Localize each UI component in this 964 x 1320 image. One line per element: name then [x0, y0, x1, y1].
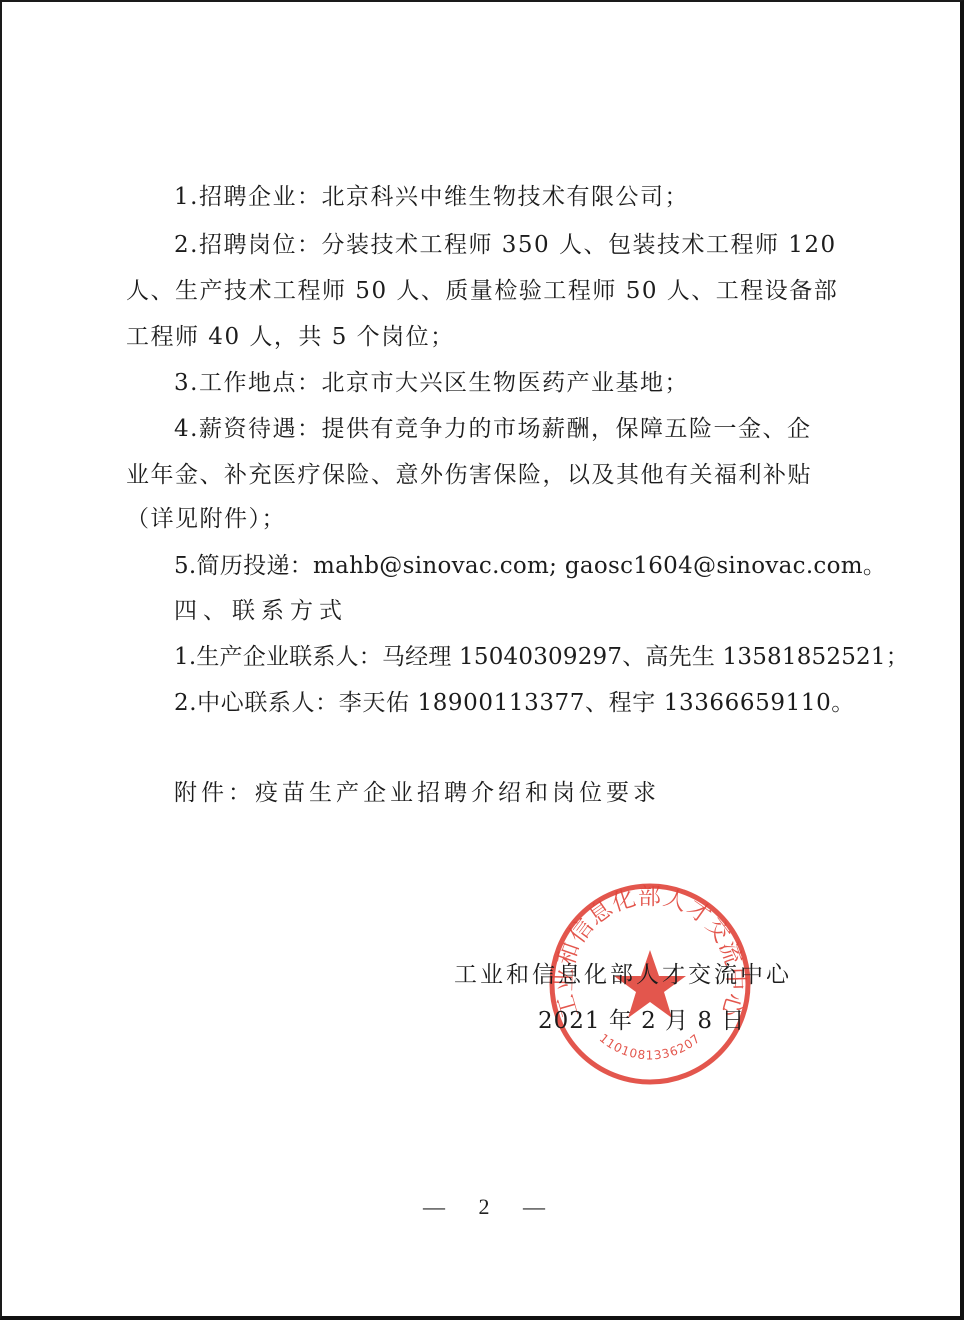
attachment-note: 附件：疫苗生产企业招聘介绍和岗位要求	[174, 774, 660, 807]
document-page: 1.招聘企业：北京科兴中维生物技术有限公司； 2.招聘岗位：分装技术工程师 35…	[0, 0, 964, 1320]
item-location: 3.工作地点：北京市大兴区生物医药产业基地；	[174, 364, 689, 397]
page-dash-right: —	[523, 1194, 545, 1219]
signature-organization: 工业和信息化部人才交流中心	[454, 956, 792, 989]
signature-date: 2021 年 2 月 8 日	[538, 1002, 745, 1035]
item-salary-cont-1: 业年金、补充医疗保险、意外伤害保险，以及其他有关福利补贴	[126, 456, 812, 489]
item-resume-email: 5.简历投递：mahb@sinovac.com; gaosc1604@sinov…	[174, 547, 886, 580]
item-company: 1.招聘企业：北京科兴中维生物技术有限公司；	[174, 178, 689, 211]
page-number: 2	[479, 1194, 490, 1219]
contact-enterprise: 1.生产企业联系人：马经理 15040309297、高先生 1358185252…	[174, 638, 909, 671]
item-positions: 2.招聘岗位：分装技术工程师 350 人、包装技术工程师 120	[174, 226, 837, 259]
page-number-footer: — 2 —	[2, 1194, 964, 1220]
page-dash-left: —	[423, 1194, 445, 1219]
section-contact-heading: 四、联系方式	[174, 592, 348, 625]
svg-text:1101081336207: 1101081336207	[597, 1031, 704, 1062]
item-salary-cont-2: （详见附件）；	[126, 500, 286, 533]
item-salary: 4.薪资待遇：提供有竞争力的市场薪酬，保障五险一金、企	[174, 410, 811, 443]
item-positions-cont-2: 工程师 40 人，共 5 个岗位；	[126, 318, 455, 351]
contact-center: 2.中心联系人：李天佑 18900113377、程宇 13366659110。	[174, 684, 855, 717]
item-positions-cont-1: 人、生产技术工程师 50 人、质量检验工程师 50 人、工程设备部	[126, 272, 838, 305]
